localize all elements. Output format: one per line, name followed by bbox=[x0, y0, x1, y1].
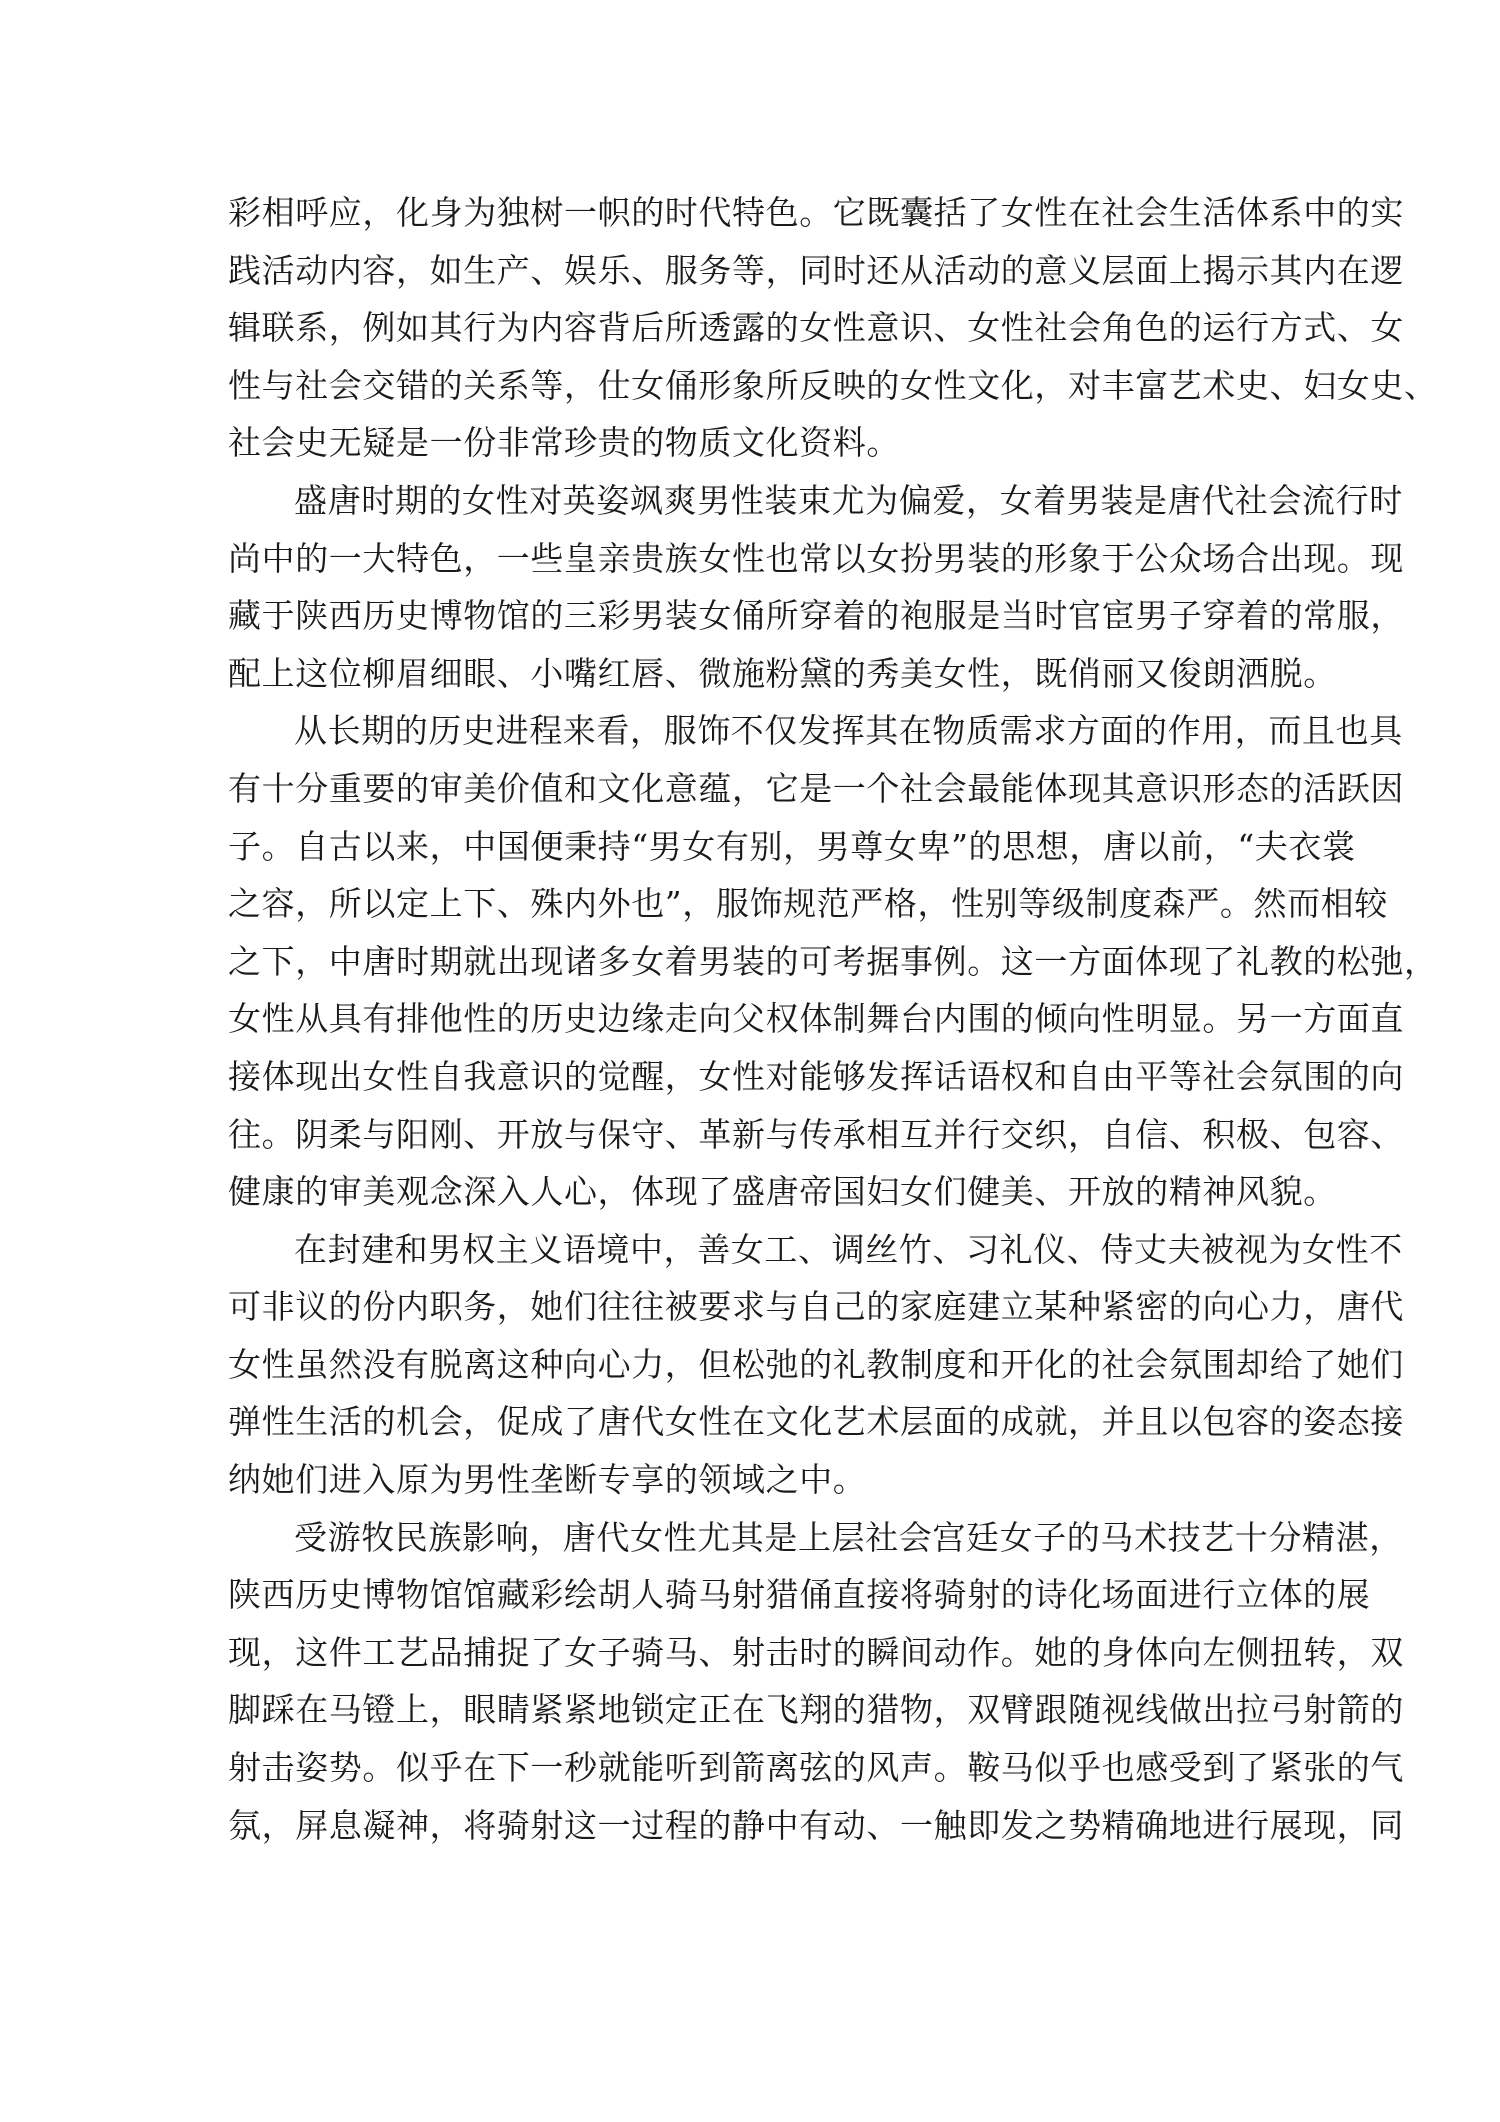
text-line: 子。自古以来，中国便秉持“男女有别，男尊女卑”的思想，唐以前，“夫衣裳 bbox=[228, 818, 1274, 876]
text-line: 配上这位柳眉细眼、小嘴红唇、微施粉黛的秀美女性，既俏丽又俊朗洒脱。 bbox=[228, 645, 1274, 703]
text-line: 女性虽然没有脱离这种向心力，但松弛的礼教制度和开化的社会氛围却给了她们 bbox=[228, 1336, 1274, 1394]
text-line: 藏于陕西历史博物馆的三彩男装女俑所穿着的袍服是当时官宦男子穿着的常服， bbox=[228, 587, 1274, 645]
text-line: 现，这件工艺品捕捉了女子骑马、射击时的瞬间动作。她的身体向左侧扭转，双 bbox=[228, 1624, 1274, 1682]
text-line: 从长期的历史进程来看，服饰不仅发挥其在物质需求方面的作用，而且也具 bbox=[228, 702, 1274, 760]
text-line: 受游牧民族影响，唐代女性尤其是上层社会宫廷女子的马术技艺十分精湛， bbox=[228, 1509, 1274, 1567]
text-line: 辑联系，例如其行为内容背后所透露的女性意识、女性社会角色的运行方式、女 bbox=[228, 299, 1274, 357]
paragraph-1: 彩相呼应，化身为独树一帜的时代特色。它既囊括了女性在社会生活体系中的实 践活动内… bbox=[228, 184, 1274, 472]
text-line: 践活动内容，如生产、娱乐、服务等，同时还从活动的意义层面上揭示其内在逻 bbox=[228, 242, 1274, 300]
document-body: 彩相呼应，化身为独树一帜的时代特色。它既囊括了女性在社会生活体系中的实 践活动内… bbox=[228, 184, 1274, 1854]
text-line: 尚中的一大特色，一些皇亲贵族女性也常以女扮男装的形象于公众场合出现。现 bbox=[228, 530, 1274, 588]
text-line: 女性从具有排他性的历史边缘走向父权体制舞台内围的倾向性明显。另一方面直 bbox=[228, 990, 1274, 1048]
text-line: 盛唐时期的女性对英姿飒爽男性装束尤为偏爱，女着男装是唐代社会流行时 bbox=[228, 472, 1274, 530]
text-line: 弹性生活的机会，促成了唐代女性在文化艺术层面的成就，并且以包容的姿态接 bbox=[228, 1393, 1274, 1451]
paragraph-4: 在封建和男权主义语境中，善女工、调丝竹、习礼仪、侍丈夫被视为女性不 可非议的份内… bbox=[228, 1221, 1274, 1509]
paragraph-3: 从长期的历史进程来看，服饰不仅发挥其在物质需求方面的作用，而且也具 有十分重要的… bbox=[228, 702, 1274, 1220]
text-line: 氛，屏息凝神，将骑射这一过程的静中有动、一触即发之势精确地进行展现，同 bbox=[228, 1797, 1274, 1855]
text-line: 之下，中唐时期就出现诸多女着男装的可考据事例。这一方面体现了礼教的松弛， bbox=[228, 933, 1274, 991]
text-line: 脚踩在马镫上，眼睛紧紧地锁定正在飞翔的猎物，双臂跟随视线做出拉弓射箭的 bbox=[228, 1681, 1274, 1739]
text-line: 之容，所以定上下、殊内外也”，服饰规范严格，性别等级制度森严。然而相较 bbox=[228, 875, 1274, 933]
paragraph-2: 盛唐时期的女性对英姿飒爽男性装束尤为偏爱，女着男装是唐代社会流行时 尚中的一大特… bbox=[228, 472, 1274, 702]
text-line: 社会史无疑是一份非常珍贵的物质文化资料。 bbox=[228, 414, 1274, 472]
text-line: 陕西历史博物馆馆藏彩绘胡人骑马射猎俑直接将骑射的诗化场面进行立体的展 bbox=[228, 1566, 1274, 1624]
text-line: 在封建和男权主义语境中，善女工、调丝竹、习礼仪、侍丈夫被视为女性不 bbox=[228, 1221, 1274, 1279]
text-line: 射击姿势。似乎在下一秒就能听到箭离弦的风声。鞍马似乎也感受到了紧张的气 bbox=[228, 1739, 1274, 1797]
text-line: 可非议的份内职务，她们往往被要求与自己的家庭建立某种紧密的向心力，唐代 bbox=[228, 1278, 1274, 1336]
text-line: 彩相呼应，化身为独树一帜的时代特色。它既囊括了女性在社会生活体系中的实 bbox=[228, 184, 1274, 242]
text-line: 有十分重要的审美价值和文化意蕴，它是一个社会最能体现其意识形态的活跃因 bbox=[228, 760, 1274, 818]
text-line: 往。阴柔与阳刚、开放与保守、革新与传承相互并行交织，自信、积极、包容、 bbox=[228, 1106, 1274, 1164]
text-line: 纳她们进入原为男性垄断专享的领域之中。 bbox=[228, 1451, 1274, 1509]
paragraph-5: 受游牧民族影响，唐代女性尤其是上层社会宫廷女子的马术技艺十分精湛， 陕西历史博物… bbox=[228, 1509, 1274, 1855]
text-line: 性与社会交错的关系等，仕女俑形象所反映的女性文化，对丰富艺术史、妇女史、 bbox=[228, 357, 1274, 415]
text-line: 接体现出女性自我意识的觉醒，女性对能够发挥话语权和自由平等社会氛围的向 bbox=[228, 1048, 1274, 1106]
text-line: 健康的审美观念深入人心，体现了盛唐帝国妇女们健美、开放的精神风貌。 bbox=[228, 1163, 1274, 1221]
